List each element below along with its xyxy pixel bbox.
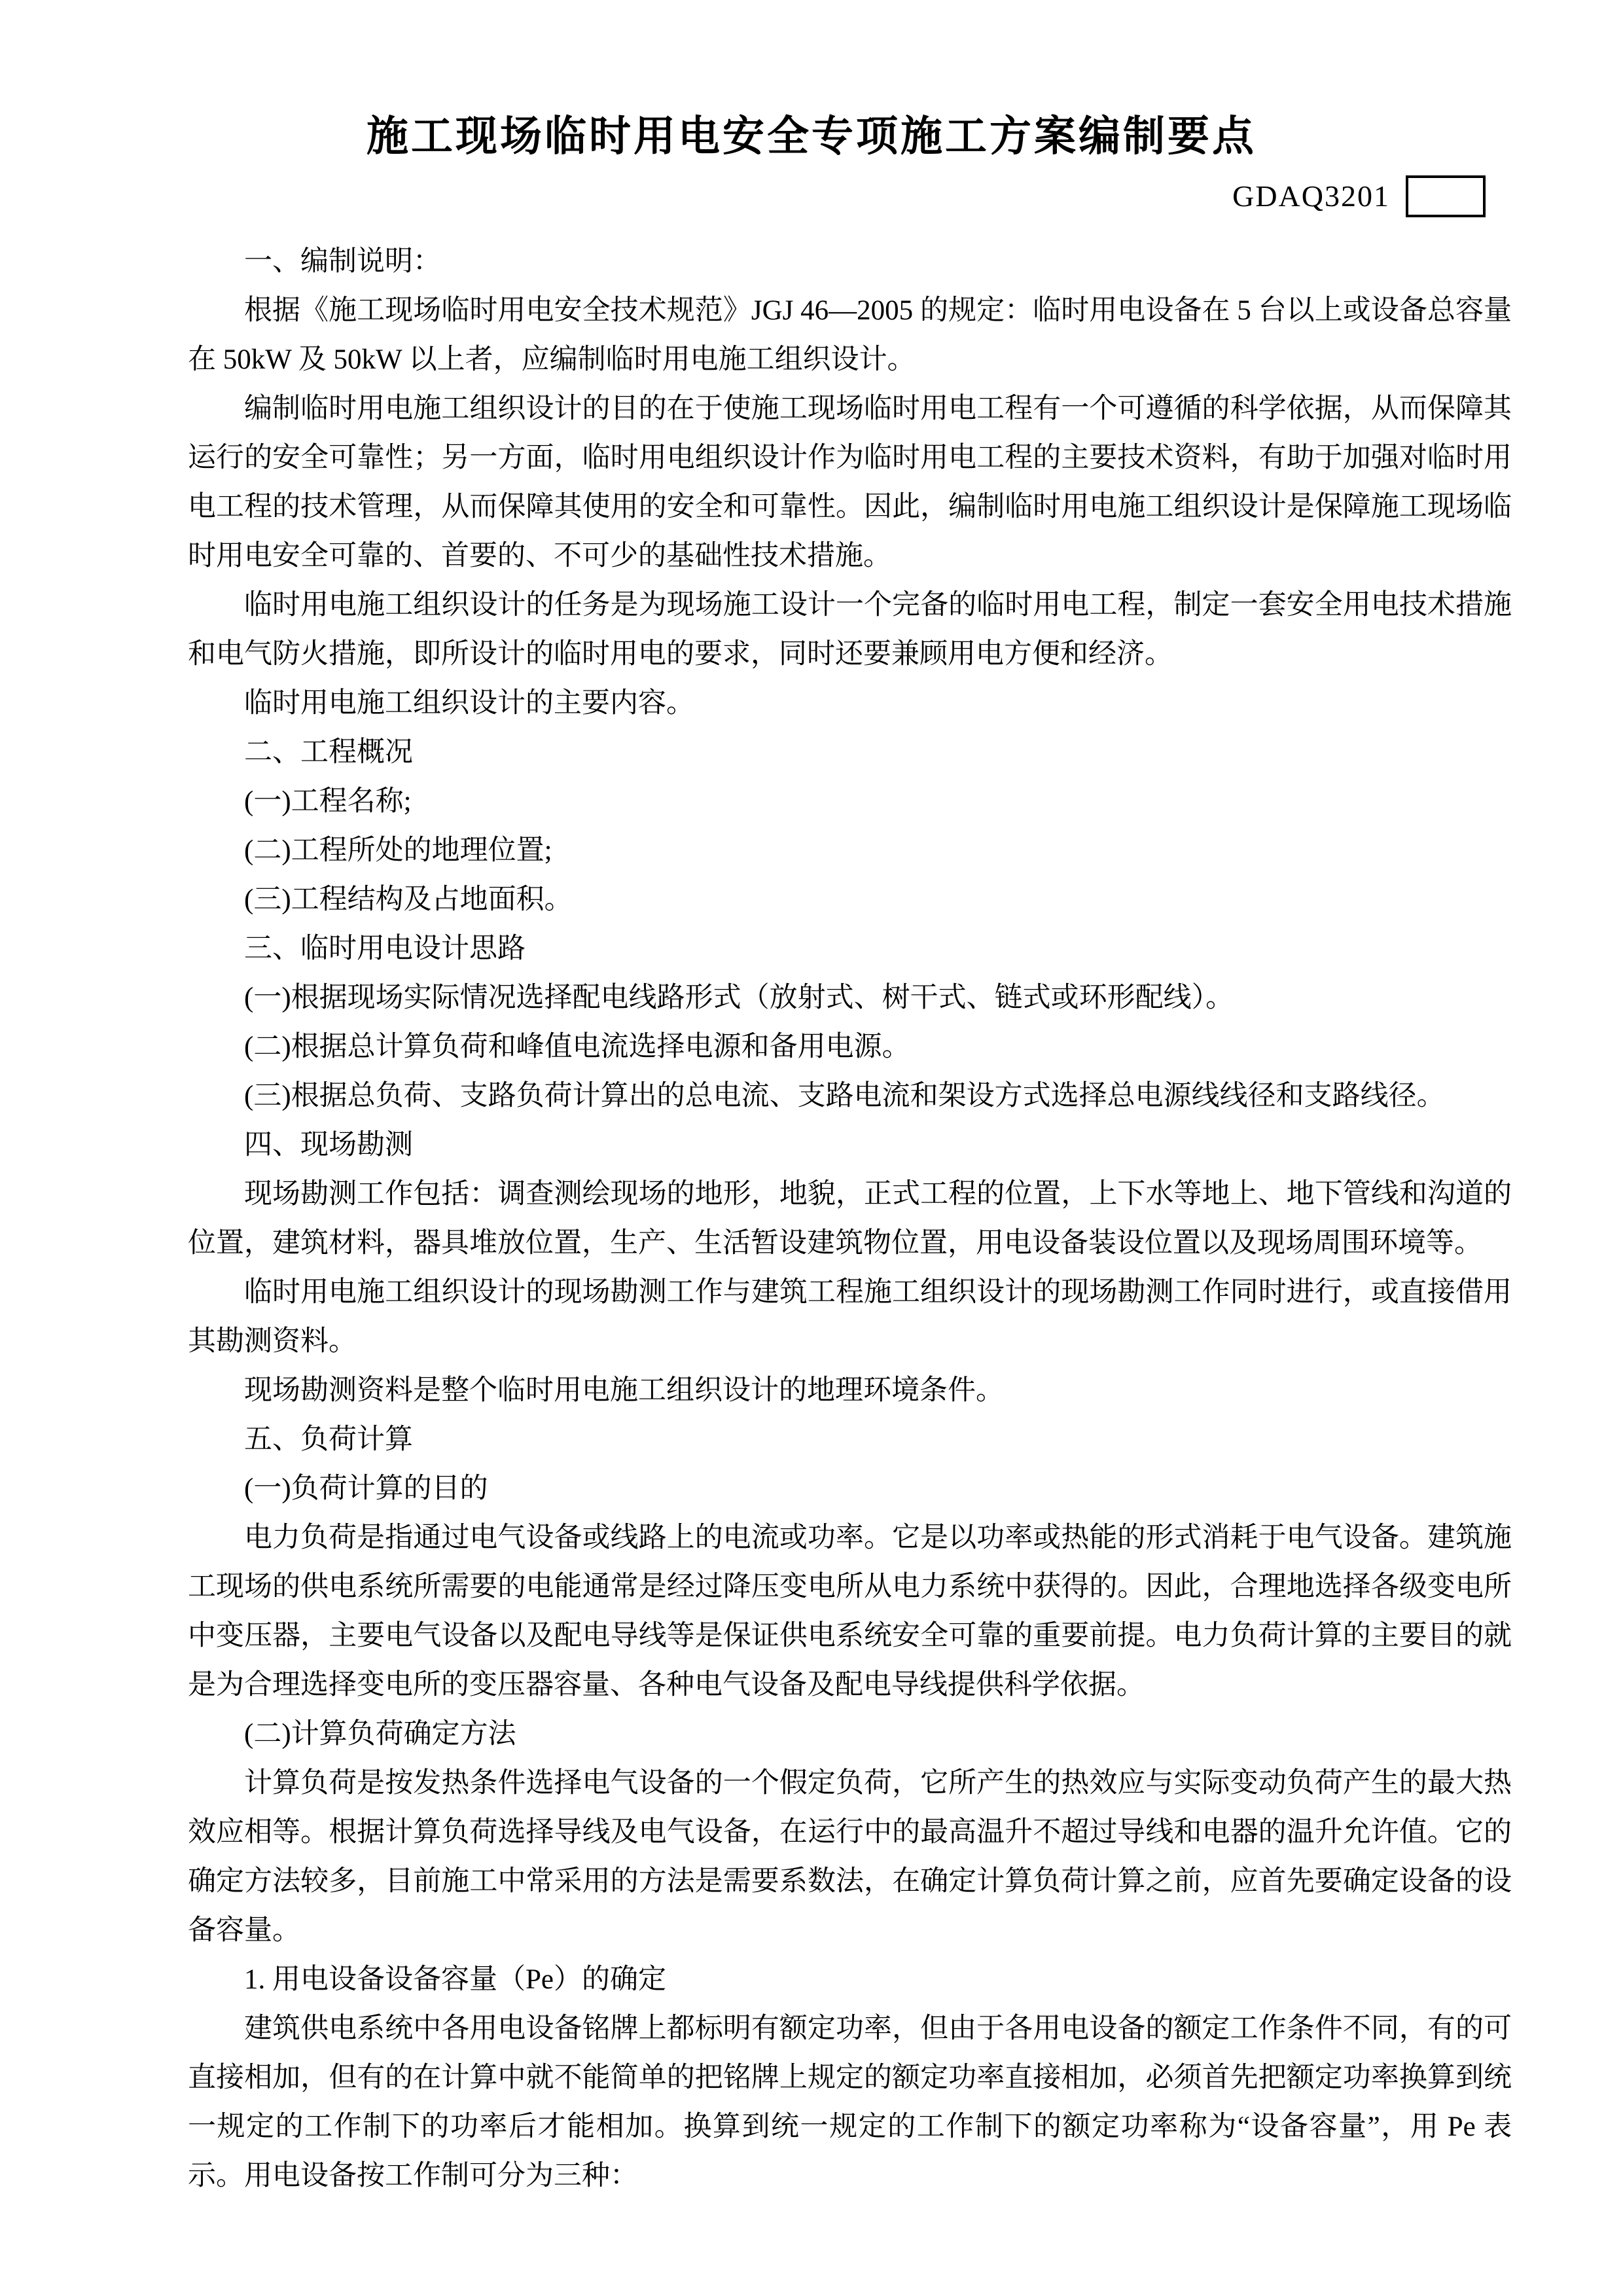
doc-code-box xyxy=(1406,175,1486,217)
list-item: (一)负荷计算的目的 xyxy=(188,1464,1512,1513)
list-item: (二)根据总计算负荷和峰值电流选择电源和备用电源。 xyxy=(188,1022,1512,1071)
paragraph: 根据《施工现场临时用电安全技术规范》JGJ 46—2005 的规定：临时用电设备… xyxy=(188,286,1512,384)
paragraph: 临时用电施工组织设计的现场勘测工作与建筑工程施工组织设计的现场勘测工作同时进行，… xyxy=(188,1268,1512,1366)
doc-code-row: GDAQ3201 xyxy=(0,171,1623,221)
page-title: 施工现场临时用电安全专项施工方案编制要点 xyxy=(0,0,1623,161)
paragraph: 临时用电施工组织设计的主要内容。 xyxy=(188,679,1512,728)
section-heading: 二、工程概况 xyxy=(188,728,1512,777)
section-heading: 五、负荷计算 xyxy=(188,1415,1512,1464)
document-page: 施工现场临时用电安全专项施工方案编制要点 GDAQ3201 一、编制说明： 根据… xyxy=(0,0,1623,2296)
document-body: 一、编制说明： 根据《施工现场临时用电安全技术规范》JGJ 46—2005 的规… xyxy=(0,221,1623,2200)
paragraph: 编制临时用电施工组织设计的目的在于使施工现场临时用电工程有一个可遵循的科学依据，… xyxy=(188,384,1512,581)
section-heading: 三、临时用电设计思路 xyxy=(188,924,1512,973)
section-heading: 四、现场勘测 xyxy=(188,1121,1512,1170)
paragraph: 临时用电施工组织设计的任务是为现场施工设计一个完备的临时用电工程，制定一套安全用… xyxy=(188,581,1512,679)
list-item: (二)工程所处的地理位置; xyxy=(188,826,1512,875)
paragraph: 电力负荷是指通过电气设备或线路上的电流或功率。它是以功率或热能的形式消耗于电气设… xyxy=(188,1513,1512,1710)
list-item: 1. 用电设备设备容量（Pe）的确定 xyxy=(188,1955,1512,2004)
list-item: (二)计算负荷确定方法 xyxy=(188,1710,1512,1759)
paragraph: 计算负荷是按发热条件选择电气设备的一个假定负荷，它所产生的热效应与实际变动负荷产… xyxy=(188,1759,1512,1955)
list-item: (三)根据总负荷、支路负荷计算出的总电流、支路电流和架设方式选择总电源线线径和支… xyxy=(188,1071,1512,1121)
doc-code: GDAQ3201 xyxy=(1232,179,1390,213)
list-item: (一)工程名称; xyxy=(188,777,1512,826)
section-heading: 一、编制说明： xyxy=(188,237,1512,286)
paragraph: 现场勘测工作包括：调查测绘现场的地形，地貌，正式工程的位置，上下水等地上、地下管… xyxy=(188,1170,1512,1268)
paragraph: 建筑供电系统中各用电设备铭牌上都标明有额定功率，但由于各用电设备的额定工作条件不… xyxy=(188,2004,1512,2200)
paragraph: 现场勘测资料是整个临时用电施工组织设计的地理环境条件。 xyxy=(188,1366,1512,1415)
list-item: (三)工程结构及占地面积。 xyxy=(188,875,1512,924)
list-item: (一)根据现场实际情况选择配电线路形式（放射式、树干式、链式或环形配线）。 xyxy=(188,973,1512,1022)
